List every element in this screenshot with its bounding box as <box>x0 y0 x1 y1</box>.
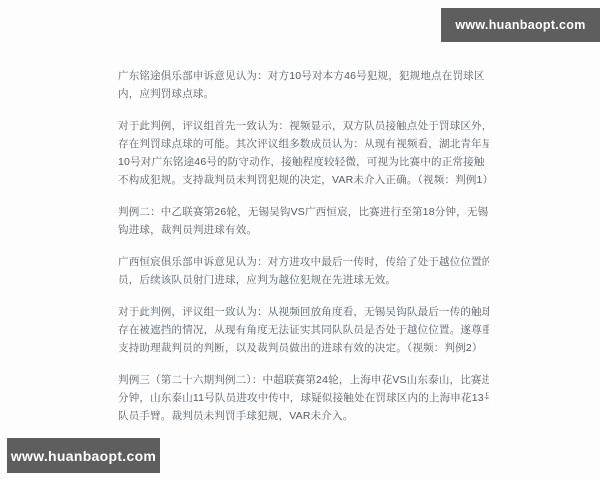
text-line: 分钟，山东泰山11号队员进攻中传中，球疑似接触处在罚球区内的上海申花13号 <box>118 389 489 407</box>
text-line: 判例二：中乙联赛第26轮，无锡吴钩VS广西恒宸，比赛进行至第18分钟，无锡吴 <box>118 203 489 221</box>
text-line: 员，后续该队员射门进球，应判为越位犯规在先进球无效。 <box>118 271 489 289</box>
appeal-paragraph-guangdong: 广东铭途俱乐部申诉意见认为：对方10号对本方46号犯规，犯规地点在罚球区 内，应… <box>118 67 489 103</box>
text-line: 对于此判例，评议组首先一致认为：视频显示，双方队员接触点处于罚球区外， <box>118 117 489 135</box>
text-line: 广东铭途俱乐部申诉意见认为：对方10号对本方46号犯规，犯规地点在罚球区 <box>118 67 489 85</box>
review-paragraph-case1: 对于此判例，评议组首先一致认为：视频显示，双方队员接触点处于罚球区外， 存在判罚… <box>118 117 489 189</box>
watermark-top-text: www.huanbaopt.com <box>455 18 585 32</box>
text-line: 不构成犯规。支持裁判员未判罚犯规的决定，VAR未介入正确。（视频：判例1） <box>118 171 489 189</box>
review-paragraph-case2: 对于此判例，评议组一致认为：从视频回放角度看，无锡吴钩队最后一传的触球 存在被遮… <box>118 303 489 357</box>
text-line: 支持助理裁判员的判断，以及裁判员做出的进球有效的决定。（视频：判例2） <box>118 339 489 357</box>
text-line: 存在被遮挡的情况，从现有角度无法证实其同队队员是否处于越位位置。遂尊重 <box>118 321 489 339</box>
text-line: 判例三（第二十六期判例二）：中超联赛第24轮，上海申花VS山东泰山，比赛进 <box>118 371 489 389</box>
text-line: 存在判罚球点球的可能。其次评议组多数成员认为：从现有视频看，湖北青年星 <box>118 135 489 153</box>
text-line: 内，应判罚球点球。 <box>118 85 489 103</box>
case2-intro-paragraph: 判例二：中乙联赛第26轮，无锡吴钩VS广西恒宸，比赛进行至第18分钟，无锡吴 钩… <box>118 203 489 239</box>
article-body: 广东铭途俱乐部申诉意见认为：对方10号对本方46号犯规，犯规地点在罚球区 内，应… <box>118 67 489 439</box>
case3-intro-paragraph: 判例三（第二十六期判例二）：中超联赛第24轮，上海申花VS山东泰山，比赛进 分钟… <box>118 371 489 425</box>
watermark-bottom-text: www.huanbaopt.com <box>11 448 156 464</box>
text-line: 10号对广东铭途46号的防守动作，接触程度较轻微，可视为比赛中的正常接触 <box>118 153 489 171</box>
text-line: 队员手臂。裁判员未判罚手球犯规，VAR未介入。 <box>118 407 489 425</box>
appeal-paragraph-guangxi: 广西恒宸俱乐部申诉意见认为：对方进攻中最后一传时，传给了处于越位位置的队 员，后… <box>118 253 489 289</box>
text-line: 钩进球，裁判员判进球有效。 <box>118 221 489 239</box>
watermark-bottom: www.huanbaopt.com <box>7 438 160 473</box>
watermark-top: www.huanbaopt.com <box>441 8 600 42</box>
text-line: 对于此判例，评议组一致认为：从视频回放角度看，无锡吴钩队最后一传的触球 <box>118 303 489 321</box>
text-line: 广西恒宸俱乐部申诉意见认为：对方进攻中最后一传时，传给了处于越位位置的队 <box>118 253 489 271</box>
